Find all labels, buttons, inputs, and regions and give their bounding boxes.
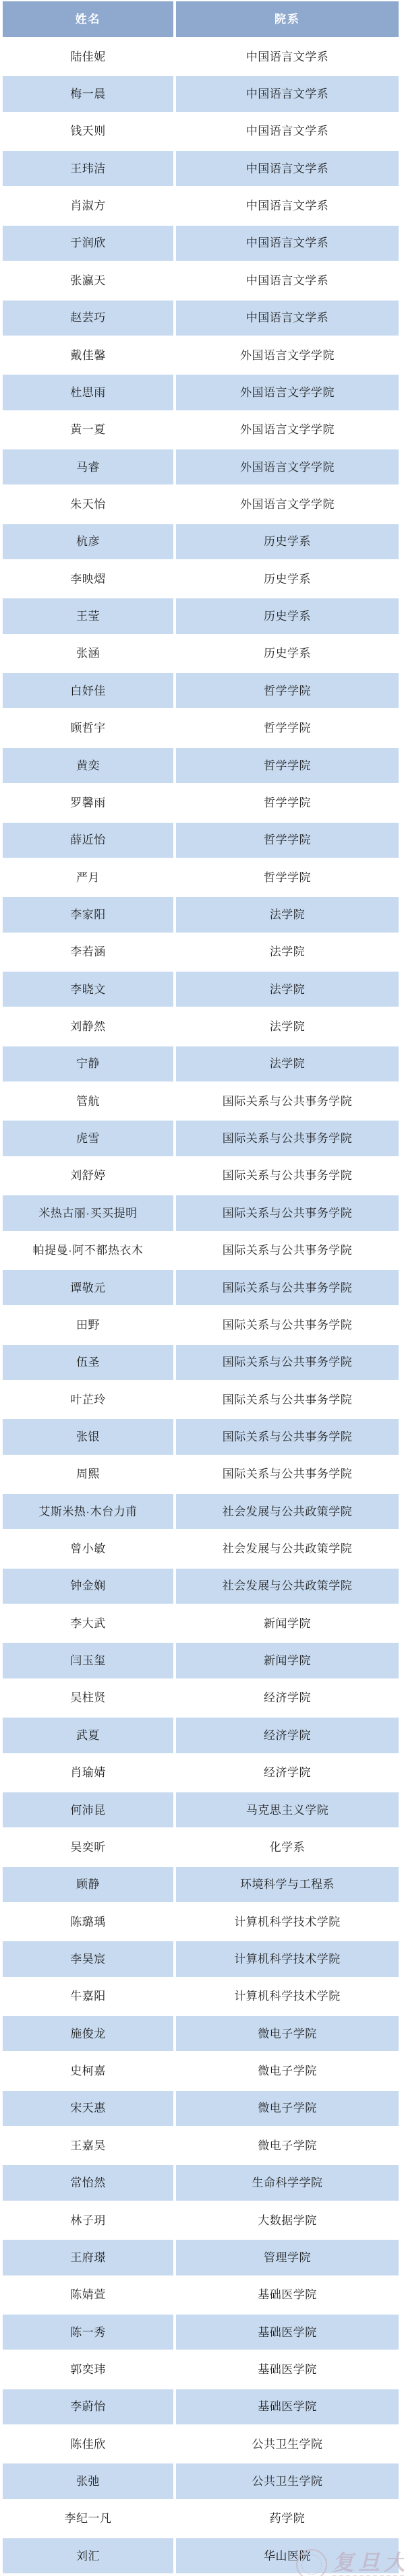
- department-cell: 中国语言文学系: [176, 188, 399, 223]
- department-cell: 微电子学院: [176, 2091, 399, 2126]
- column-header-name: 姓名: [3, 1, 173, 37]
- table-row: 钟金娴社会发展与公共政策学院: [3, 1569, 399, 1604]
- table-row: 伍圣国际关系与公共事务学院: [3, 1345, 399, 1380]
- department-cell: 历史学系: [176, 636, 399, 671]
- name-cell: 郭奕玮: [3, 2352, 173, 2387]
- department-cell: 国际关系与公共事务学院: [176, 1121, 399, 1156]
- department-cell: 社会发展与公共政策学院: [176, 1494, 399, 1529]
- table-row: 黄一夏外国语言文学学院: [3, 412, 399, 447]
- name-cell: 李蔚怡: [3, 2389, 173, 2424]
- department-cell: 中国语言文学系: [176, 263, 399, 298]
- department-cell: 新闻学院: [176, 1606, 399, 1641]
- table-row: 闫玉玺新闻学院: [3, 1643, 399, 1678]
- table-row: 马睿外国语言文学学院: [3, 449, 399, 484]
- table-body: 陆佳妮中国语言文学系梅一晨中国语言文学系钱天则中国语言文学系王玮洁中国语言文学系…: [3, 39, 399, 2573]
- name-cell: 帕提曼·阿不都热衣木: [3, 1233, 173, 1268]
- department-cell: 经济学院: [176, 1680, 399, 1716]
- table-row: 陈佳欣公共卫生学院: [3, 2426, 399, 2461]
- department-cell: 基础医学院: [176, 2315, 399, 2350]
- name-cell: 谭敬元: [3, 1270, 173, 1305]
- name-cell: 严月: [3, 860, 173, 895]
- table-row: 帕提曼·阿不都热衣木国际关系与公共事务学院: [3, 1233, 399, 1268]
- name-cell: 田野: [3, 1307, 173, 1342]
- department-cell: 国际关系与公共事务学院: [176, 1195, 399, 1230]
- department-cell: 历史学系: [176, 561, 399, 596]
- table-row: 管航国际关系与公共事务学院: [3, 1083, 399, 1119]
- department-cell: 国际关系与公共事务学院: [176, 1345, 399, 1380]
- table-row: 王玮洁中国语言文学系: [3, 151, 399, 186]
- table-row: 张银国际关系与公共事务学院: [3, 1419, 399, 1454]
- department-cell: 药学院: [176, 2501, 399, 2536]
- table-row: 杜思雨外国语言文学学院: [3, 375, 399, 410]
- department-cell: 基础医学院: [176, 2389, 399, 2424]
- name-cell: 马睿: [3, 449, 173, 484]
- name-cell: 李映熠: [3, 561, 173, 596]
- name-cell: 钟金娴: [3, 1569, 173, 1604]
- name-cell: 曾小敏: [3, 1531, 173, 1566]
- department-cell: 国际关系与公共事务学院: [176, 1419, 399, 1454]
- name-cell: 李纪一凡: [3, 2501, 173, 2536]
- table-row: 郭奕玮基础医学院: [3, 2352, 399, 2387]
- table-row: 陆佳妮中国语言文学系: [3, 39, 399, 74]
- name-cell: 史柯嘉: [3, 2053, 173, 2088]
- name-cell: 林子玥: [3, 2203, 173, 2238]
- department-cell: 法学院: [176, 897, 399, 932]
- department-cell: 生命科学学院: [176, 2165, 399, 2200]
- table-row: 陈婧萱基础医学院: [3, 2277, 399, 2313]
- table-row: 王嘉昊微电子学院: [3, 2128, 399, 2163]
- department-cell: 马克思主义学院: [176, 1792, 399, 1827]
- department-cell: 外国语言文学学院: [176, 338, 399, 373]
- name-cell: 张涵: [3, 636, 173, 671]
- department-cell: 外国语言文学学院: [176, 375, 399, 410]
- name-cell: 施俊龙: [3, 2016, 173, 2051]
- table-row: 谭敬元国际关系与公共事务学院: [3, 1270, 399, 1305]
- table-row: 林子玥大数据学院: [3, 2203, 399, 2238]
- roster-table: 姓名 院系 陆佳妮中国语言文学系梅一晨中国语言文学系钱天则中国语言文学系王玮洁中…: [3, 1, 399, 2575]
- name-cell: 周熙: [3, 1457, 173, 1492]
- department-cell: 外国语言文学学院: [176, 486, 399, 522]
- table-row: 牛嘉阳计算机科学技术学院: [3, 1979, 399, 2014]
- table-row: 李映熠历史学系: [3, 561, 399, 596]
- table-row: 宋天惠微电子学院: [3, 2091, 399, 2126]
- name-cell: 肖瑜婧: [3, 1755, 173, 1790]
- table-row: 吴奕昕化学系: [3, 1829, 399, 1864]
- department-cell: 微电子学院: [176, 2053, 399, 2088]
- department-cell: 管理学院: [176, 2240, 399, 2275]
- name-cell: 王府璟: [3, 2240, 173, 2275]
- name-cell: 刘静然: [3, 1009, 173, 1044]
- name-cell: 陈璐瑀: [3, 1904, 173, 1939]
- department-cell: 国际关系与公共事务学院: [176, 1382, 399, 1417]
- table-row: 黄奕哲学学院: [3, 748, 399, 783]
- table-row: 刘舒婷国际关系与公共事务学院: [3, 1158, 399, 1193]
- name-cell: 王莹: [3, 598, 173, 633]
- table-row: 常怡然生命科学学院: [3, 2165, 399, 2200]
- name-cell: 牛嘉阳: [3, 1979, 173, 2014]
- department-cell: 中国语言文学系: [176, 39, 399, 74]
- name-cell: 李晓文: [3, 972, 173, 1007]
- table-row: 于润欣中国语言文学系: [3, 226, 399, 261]
- table-row: 白妤佳哲学学院: [3, 673, 399, 708]
- table-row: 艾斯米热·木台力甫社会发展与公共政策学院: [3, 1494, 399, 1529]
- name-cell: 吴柱贤: [3, 1680, 173, 1716]
- table-row: 虎雪国际关系与公共事务学院: [3, 1121, 399, 1156]
- table-row: 李昊宸计算机科学技术学院: [3, 1941, 399, 1976]
- department-cell: 基础医学院: [176, 2352, 399, 2387]
- table-row: 王府璟管理学院: [3, 2240, 399, 2275]
- department-cell: 中国语言文学系: [176, 76, 399, 111]
- table-row: 米热古丽·买买提明国际关系与公共事务学院: [3, 1195, 399, 1230]
- table-row: 严月哲学学院: [3, 860, 399, 895]
- department-cell: 微电子学院: [176, 2128, 399, 2163]
- department-cell: 公共卫生学院: [176, 2426, 399, 2461]
- name-cell: 吴奕昕: [3, 1829, 173, 1864]
- department-cell: 国际关系与公共事务学院: [176, 1270, 399, 1305]
- table-row: 顾静环境科学与工程系: [3, 1867, 399, 1902]
- department-cell: 公共卫生学院: [176, 2463, 399, 2499]
- department-cell: 中国语言文学系: [176, 114, 399, 149]
- table-row: 赵芸巧中国语言文学系: [3, 301, 399, 336]
- table-row: 顾哲宇哲学学院: [3, 710, 399, 745]
- name-cell: 梅一晨: [3, 76, 173, 111]
- name-cell: 宁静: [3, 1046, 173, 1081]
- name-cell: 张银: [3, 1419, 173, 1454]
- name-cell: 刘汇: [3, 2538, 173, 2573]
- department-cell: 国际关系与公共事务学院: [176, 1083, 399, 1119]
- table-row: 刘汇华山医院: [3, 2538, 399, 2573]
- name-cell: 管航: [3, 1083, 173, 1119]
- name-cell: 闫玉玺: [3, 1643, 173, 1678]
- table-row: 叶芷玲国际关系与公共事务学院: [3, 1382, 399, 1417]
- department-cell: 法学院: [176, 1046, 399, 1081]
- department-cell: 哲学学院: [176, 860, 399, 895]
- name-cell: 顾静: [3, 1867, 173, 1902]
- name-cell: 刘舒婷: [3, 1158, 173, 1193]
- table-row: 肖淑方中国语言文学系: [3, 188, 399, 223]
- name-cell: 朱天怡: [3, 486, 173, 522]
- table-row: 李晓文法学院: [3, 972, 399, 1007]
- department-cell: 国际关系与公共事务学院: [176, 1233, 399, 1268]
- department-cell: 大数据学院: [176, 2203, 399, 2238]
- department-cell: 环境科学与工程系: [176, 1867, 399, 1902]
- table-row: 李大武新闻学院: [3, 1606, 399, 1641]
- department-cell: 微电子学院: [176, 2016, 399, 2051]
- department-cell: 哲学学院: [176, 710, 399, 745]
- table-row: 杭彦历史学系: [3, 524, 399, 559]
- name-cell: 李家阳: [3, 897, 173, 932]
- table-row: 李若涵法学院: [3, 935, 399, 970]
- department-cell: 国际关系与公共事务学院: [176, 1158, 399, 1193]
- name-cell: 罗馨雨: [3, 785, 173, 820]
- table-row: 施俊龙微电子学院: [3, 2016, 399, 2051]
- name-cell: 于润欣: [3, 226, 173, 261]
- name-cell: 艾斯米热·木台力甫: [3, 1494, 173, 1529]
- table-row: 张涵历史学系: [3, 636, 399, 671]
- name-cell: 肖淑方: [3, 188, 173, 223]
- table-row: 刘静然法学院: [3, 1009, 399, 1044]
- name-cell: 李若涵: [3, 935, 173, 970]
- department-cell: 国际关系与公共事务学院: [176, 1457, 399, 1492]
- table-row: 王莹历史学系: [3, 598, 399, 633]
- department-cell: 中国语言文学系: [176, 151, 399, 186]
- department-cell: 基础医学院: [176, 2277, 399, 2313]
- table-row: 张弛公共卫生学院: [3, 2463, 399, 2499]
- department-cell: 法学院: [176, 972, 399, 1007]
- department-cell: 历史学系: [176, 598, 399, 633]
- name-cell: 常怡然: [3, 2165, 173, 2200]
- table-row: 朱天怡外国语言文学学院: [3, 486, 399, 522]
- name-cell: 陈婧萱: [3, 2277, 173, 2313]
- department-cell: 化学系: [176, 1829, 399, 1864]
- department-cell: 计算机科学技术学院: [176, 1941, 399, 1976]
- department-cell: 哲学学院: [176, 748, 399, 783]
- department-cell: 计算机科学技术学院: [176, 1979, 399, 2014]
- name-cell: 顾哲宇: [3, 710, 173, 745]
- table-row: 罗馨雨哲学学院: [3, 785, 399, 820]
- table-row: 李纪一凡药学院: [3, 2501, 399, 2536]
- name-cell: 钱天则: [3, 114, 173, 149]
- name-cell: 黄奕: [3, 748, 173, 783]
- table-row: 薛近怡哲学学院: [3, 823, 399, 858]
- name-cell: 黄一夏: [3, 412, 173, 447]
- table-row: 宁静法学院: [3, 1046, 399, 1081]
- department-cell: 哲学学院: [176, 673, 399, 708]
- name-cell: 李昊宸: [3, 1941, 173, 1976]
- name-cell: 宋天惠: [3, 2091, 173, 2126]
- name-cell: 赵芸巧: [3, 301, 173, 336]
- department-cell: 社会发展与公共政策学院: [176, 1531, 399, 1566]
- department-cell: 历史学系: [176, 524, 399, 559]
- department-cell: 国际关系与公共事务学院: [176, 1307, 399, 1342]
- department-cell: 经济学院: [176, 1755, 399, 1790]
- table-row: 周熙国际关系与公共事务学院: [3, 1457, 399, 1492]
- department-cell: 外国语言文学学院: [176, 449, 399, 484]
- table-row: 李家阳法学院: [3, 897, 399, 932]
- department-cell: 外国语言文学学院: [176, 412, 399, 447]
- department-cell: 经济学院: [176, 1718, 399, 1753]
- name-cell: 李大武: [3, 1606, 173, 1641]
- table-row: 何沛昆马克思主义学院: [3, 1792, 399, 1827]
- table-row: 肖瑜婧经济学院: [3, 1755, 399, 1790]
- department-cell: 中国语言文学系: [176, 226, 399, 261]
- table-row: 史柯嘉微电子学院: [3, 2053, 399, 2088]
- department-cell: 法学院: [176, 1009, 399, 1044]
- table-row: 吴柱贤经济学院: [3, 1680, 399, 1716]
- department-cell: 中国语言文学系: [176, 301, 399, 336]
- table-row: 梅一晨中国语言文学系: [3, 76, 399, 111]
- name-cell: 何沛昆: [3, 1792, 173, 1827]
- department-cell: 新闻学院: [176, 1643, 399, 1678]
- name-cell: 米热古丽·买买提明: [3, 1195, 173, 1230]
- table-row: 钱天则中国语言文学系: [3, 114, 399, 149]
- table-header-row: 姓名 院系: [3, 1, 399, 37]
- name-cell: 张弛: [3, 2463, 173, 2499]
- name-cell: 杜思雨: [3, 375, 173, 410]
- table-row: 李蔚怡基础医学院: [3, 2389, 399, 2424]
- table-row: 陈璐瑀计算机科学技术学院: [3, 1904, 399, 1939]
- table-row: 戴佳馨外国语言文学学院: [3, 338, 399, 373]
- name-cell: 王玮洁: [3, 151, 173, 186]
- name-cell: 薛近怡: [3, 823, 173, 858]
- department-cell: 社会发展与公共政策学院: [176, 1569, 399, 1604]
- name-cell: 虎雪: [3, 1121, 173, 1156]
- table-row: 陈一秀基础医学院: [3, 2315, 399, 2350]
- name-cell: 杭彦: [3, 524, 173, 559]
- name-cell: 叶芷玲: [3, 1382, 173, 1417]
- name-cell: 王嘉昊: [3, 2128, 173, 2163]
- name-cell: 陆佳妮: [3, 39, 173, 74]
- table-row: 张瀛天中国语言文学系: [3, 263, 399, 298]
- name-cell: 伍圣: [3, 1345, 173, 1380]
- column-header-department: 院系: [176, 1, 399, 37]
- department-cell: 哲学学院: [176, 823, 399, 858]
- name-cell: 陈佳欣: [3, 2426, 173, 2461]
- name-cell: 张瀛天: [3, 263, 173, 298]
- name-cell: 白妤佳: [3, 673, 173, 708]
- name-cell: 陈一秀: [3, 2315, 173, 2350]
- table-row: 田野国际关系与公共事务学院: [3, 1307, 399, 1342]
- name-cell: 武夏: [3, 1718, 173, 1753]
- department-cell: 华山医院: [176, 2538, 399, 2573]
- department-cell: 计算机科学技术学院: [176, 1904, 399, 1939]
- table-row: 曾小敏社会发展与公共政策学院: [3, 1531, 399, 1566]
- name-cell: 戴佳馨: [3, 338, 173, 373]
- department-cell: 法学院: [176, 935, 399, 970]
- department-cell: 哲学学院: [176, 785, 399, 820]
- table-row: 武夏经济学院: [3, 1718, 399, 1753]
